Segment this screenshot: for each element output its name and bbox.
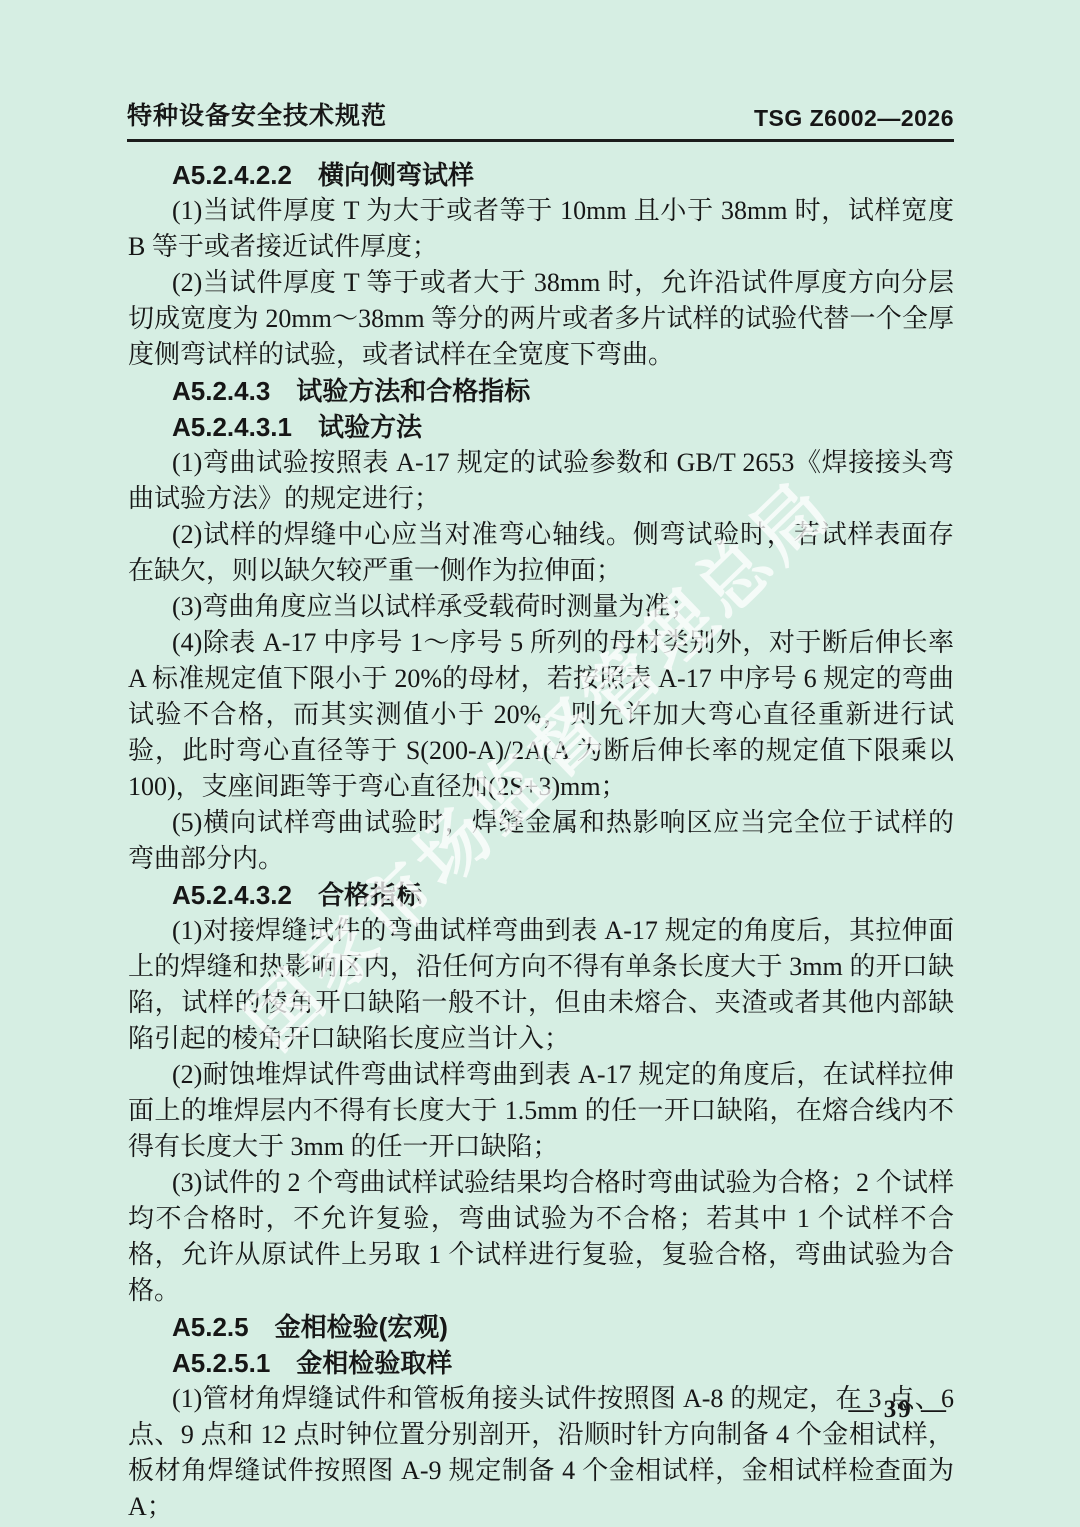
paragraph: (2)试样的焊缝中心应当对准弯心轴线。侧弯试验时，若试样表面存在缺欠，则以缺欠较… [128, 517, 954, 589]
paragraph: (4)除表 A-17 中序号 1～序号 5 所列的母材类别外，对于断后伸长率 A… [128, 625, 954, 805]
paragraph: (2)耐蚀堆焊试件弯曲试样弯曲到表 A-17 规定的角度后，在试样拉伸面上的堆焊… [128, 1057, 954, 1165]
doc-code: TSG Z6002—2026 [754, 105, 954, 132]
paragraph: (1)对接焊缝试件的弯曲试样弯曲到表 A-17 规定的角度后，其拉伸面上的焊缝和… [128, 913, 954, 1057]
paragraph: (2)当试件厚度 T 等于或者大于 38mm 时，允许沿试件厚度方向分层切成宽度… [128, 265, 954, 373]
paragraph: (5)横向试样弯曲试验时，焊缝金属和热影响区应当完全位于试样的弯曲部分内。 [128, 805, 954, 877]
paragraph: (3)弯曲角度应当以试样承受载荷时测量为准； [128, 589, 954, 625]
paragraph: (3)试件的 2 个弯曲试样试验结果均合格时弯曲试验为合格；2 个试样均不合格时… [128, 1165, 954, 1309]
paragraph: (1)当试件厚度 T 为大于或者等于 10mm 且小于 38mm 时，试样宽度 … [128, 193, 954, 265]
section-heading: A5.2.4.3.2 合格指标 [128, 877, 954, 913]
section-heading: A5.2.5.1 金相检验取样 [128, 1345, 954, 1381]
body-blocks: A5.2.4.2.2 横向侧弯试样(1)当试件厚度 T 为大于或者等于 10mm… [128, 157, 954, 1525]
page-number: — 39 — [128, 1396, 948, 1424]
section-heading: A5.2.4.3.1 试验方法 [128, 409, 954, 445]
section-heading: A5.2.4.3 试验方法和合格指标 [128, 373, 954, 409]
page-header: 特种设备安全技术规范 TSG Z6002—2026 [127, 96, 954, 142]
section-heading: A5.2.5 金相检验(宏观) [128, 1309, 954, 1345]
section-heading: A5.2.4.2.2 横向侧弯试样 [128, 157, 954, 193]
document-page: 特种设备安全技术规范 TSG Z6002—2026 A5.2.4.2.2 横向侧… [0, 0, 1080, 1527]
paragraph: (1)弯曲试验按照表 A-17 规定的试验参数和 GB/T 2653《焊接接头弯… [128, 445, 954, 517]
doc-title: 特种设备安全技术规范 [127, 96, 387, 132]
